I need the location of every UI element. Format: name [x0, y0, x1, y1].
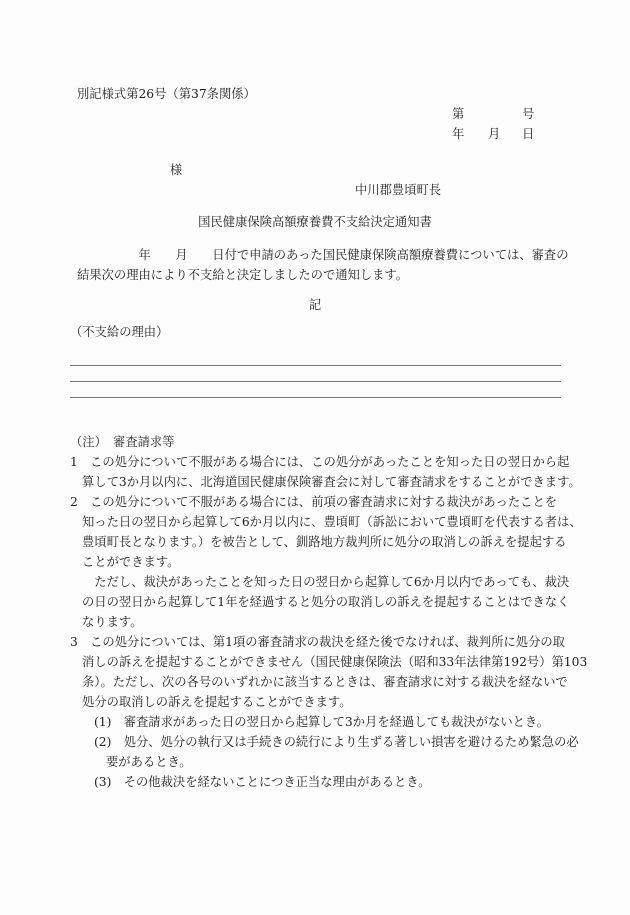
note-subitem: (2) 処分、処分の執行又は手続きの続行により生ずる著しい損害を避けるため緊急の…: [70, 732, 587, 752]
note-line: 2 この処分について不服がある場合には、前項の審査請求に対する裁決があったことを: [70, 492, 587, 512]
note-line: の日の翌日から起算して1年を経過すると処分の取消しの訴えを提起することはできなく: [70, 592, 587, 612]
note-line: 豊頃町長となります。）を被告として、釧路地方裁判所に処分の取消しの訴えを提起する: [70, 532, 587, 552]
note-line: 知った日の翌日から起算して6か月以内に、豊頃町（訴訟において豊頃町を代表する者は…: [70, 512, 587, 532]
note-line: 処分の取消しの訴えを提起することができます。: [70, 692, 587, 712]
note-line: 算して3か月以内に、北海道国民健康保険審査会に対して審査請求をすることができます…: [70, 472, 587, 492]
notes-section: （注） 審査請求等 1 この処分について不服がある場合には、この処分があったこと…: [70, 432, 587, 792]
note-line: 条）。ただし、次の各号のいずれかに該当するときは、審査請求に対する裁決を経ないで: [70, 672, 587, 692]
note-subitem: (3) その他裁決を経ないことにつき正当な理由があるとき。: [70, 772, 587, 792]
reason-blank-line: [70, 381, 561, 382]
reason-blank-line: [70, 397, 561, 398]
issuer: 中川郡豊頃町長: [355, 180, 441, 198]
body-paragraph: 年 月 日付で申請のあった国民健康保険高額療養費については、審査の 結果次の理由…: [77, 245, 563, 285]
note-line: なります。: [70, 612, 587, 632]
reason-label: （不支給の理由）: [70, 322, 168, 340]
note-line: ことができます。: [70, 552, 587, 572]
addressee: 様: [170, 160, 182, 178]
doc-number-suffix: 号: [522, 104, 534, 122]
note-subitem: (1) 審査請求があった日の翌日から起算して3か月を経過しても裁決がないとき。: [70, 712, 587, 732]
body-line: 結果次の理由により不支給と決定しましたので通知します。: [77, 265, 563, 285]
doc-number-prefix: 第: [452, 104, 464, 122]
ki-heading: 記: [0, 295, 630, 313]
date-month: 月: [488, 124, 500, 142]
date-day: 日: [522, 124, 534, 142]
notes-heading: （注） 審査請求等: [70, 432, 587, 452]
note-line: 1 この処分について不服がある場合には、この処分があったことを知った日の翌日から…: [70, 452, 587, 472]
note-line: 消しの訴えを提起することができません（国民健康保険法（昭和33年法律第192号）…: [70, 652, 587, 672]
body-line: 年 月 日付で申請のあった国民健康保険高額療養費については、審査の: [77, 245, 563, 265]
form-id: 別記様式第26号（第37条関係）: [77, 84, 256, 102]
note-line: 3 この処分については、第1項の審査請求の裁決を経た後でなければ、裁判所に処分の…: [70, 632, 587, 652]
date-year: 年: [452, 124, 464, 142]
note-subitem: 要があるとき。: [70, 752, 587, 772]
note-line: ただし、裁決があったことを知った日の翌日から起算して6か月以内であっても、裁決: [70, 572, 587, 592]
reason-blank-line: [70, 365, 561, 366]
document-title: 国民健康保険高額療養費不支給決定通知書: [0, 212, 630, 230]
